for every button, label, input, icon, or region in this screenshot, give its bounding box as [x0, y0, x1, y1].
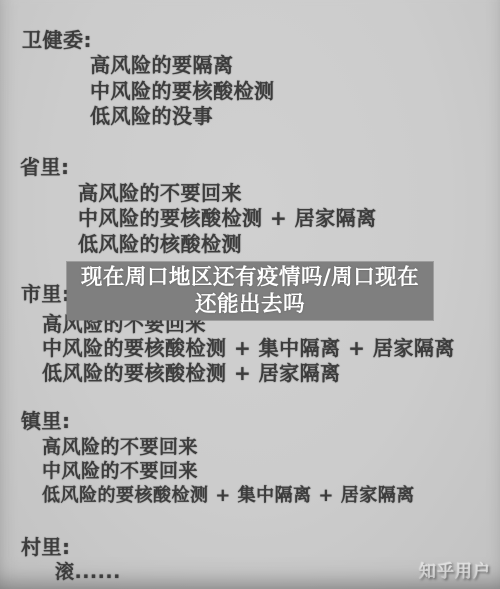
policy-line-high-risk: 高风险的要隔离 [90, 54, 234, 76]
meme-photo: 卫健委: 高风险的要隔离 中风险的要核酸检测 低风险的没事 省里: 高风险的不要… [0, 0, 500, 589]
policy-line-low-risk: 低风险的核酸检测 [78, 233, 242, 255]
policy-line-mid-risk: 中风险的要核酸检测 + 居家隔离 [78, 207, 377, 229]
policy-line-mid-risk: 中风险的要核酸检测 + 集中隔离 + 居家隔离 [42, 337, 455, 359]
question-overlay: 现在周口地区还有疫情吗/周口现在 还能出去吗 [67, 262, 433, 320]
policy-line-high-risk: 高风险的不要回来 [78, 182, 242, 204]
section-label-city: 市里: [21, 283, 71, 305]
policy-line-high-risk: 高风险的不要回来 [42, 436, 198, 458]
question-text-line2: 还能出去吗 [67, 291, 433, 318]
policy-line-low-risk: 低风险的要核酸检测 + 居家隔离 [42, 362, 341, 384]
zhihu-user-watermark: 知乎用户 [419, 557, 491, 582]
section-label-health-commission: 卫健委: [22, 29, 92, 51]
section-label-province: 省里: [20, 156, 70, 178]
section-label-town: 镇里: [21, 410, 71, 432]
section-label-village: 村里: [21, 536, 71, 558]
photo-content: 卫健委: 高风险的要隔离 中风险的要核酸检测 低风险的没事 省里: 高风险的不要… [0, 0, 500, 589]
question-text-line1: 现在周口地区还有疫情吗/周口现在 [67, 264, 433, 291]
policy-line-mid-risk: 中风险的要核酸检测 [90, 80, 275, 102]
policy-line-low-risk: 低风险的没事 [90, 105, 213, 127]
policy-line-low-risk: 低风险的要核酸检测 + 集中隔离 + 居家隔离 [42, 485, 415, 507]
policy-line-mid-risk: 中风险的不要回来 [42, 460, 198, 482]
policy-line-village: 滚...... [55, 561, 121, 583]
